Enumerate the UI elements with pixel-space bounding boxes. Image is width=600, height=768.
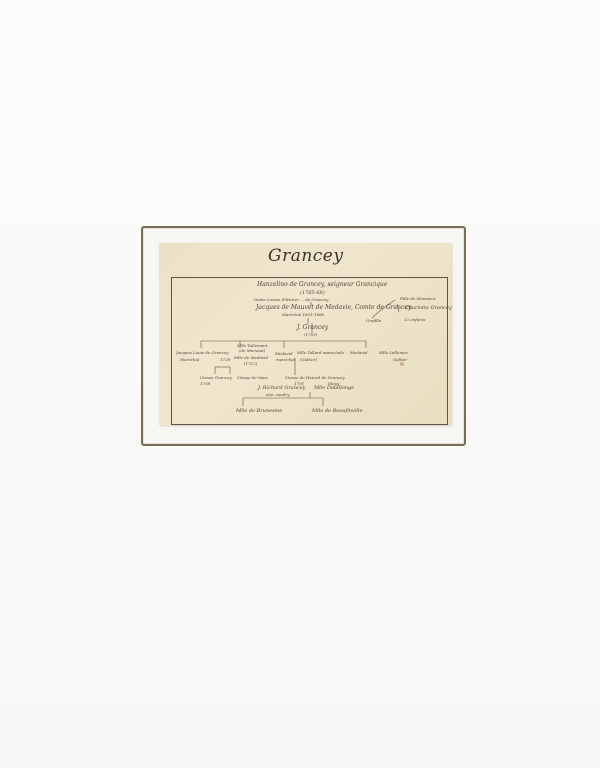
descendant-1: Mlle de Brunesme bbox=[236, 409, 282, 414]
grandchild-3: Ctesse de Heuvel de Grancey bbox=[285, 376, 345, 380]
third-generation: J. Grancey bbox=[297, 325, 328, 331]
document-title: Grancey bbox=[268, 246, 343, 266]
child-3: Medavid bbox=[275, 352, 293, 356]
right-branch-children: 13 enfants bbox=[404, 318, 425, 322]
root-ancestor: Hanzelino de Grancey, seigneur Grancique bbox=[257, 282, 387, 288]
right-branch-left: Grafille bbox=[366, 319, 381, 323]
second-generation: Jacques de Mauvet de Medavie, Comte de G… bbox=[256, 305, 411, 311]
root-ancestor-date: (1765-68) bbox=[300, 291, 325, 296]
child-5: Medavid bbox=[350, 351, 368, 355]
child-4: Mlle Tallard marechale bbox=[297, 351, 344, 355]
great-grandchild: J. Richard Grancey bbox=[258, 386, 306, 391]
grandchild-1: Ctesse Grancey bbox=[200, 376, 232, 380]
child-2-date: (1712) bbox=[244, 362, 257, 366]
third-generation-date: (1709) bbox=[304, 333, 317, 337]
child-2-top-subtitle: (de Marsaut) bbox=[239, 349, 265, 353]
second-generation-subtitle: Maréchal 1651-1680 bbox=[282, 313, 324, 317]
right-branch-top: Fille de Monsieur bbox=[400, 297, 436, 301]
child-6: Mlle Lalhimes bbox=[379, 351, 408, 355]
right-branch-name: Charlotte Grancey bbox=[405, 306, 452, 311]
child-1-subtitle: Maréchal bbox=[180, 358, 199, 362]
descendant-2: Mlle de Beaufinville bbox=[312, 409, 363, 414]
great-grandchild-spouse: Mlle Dabillonge bbox=[314, 386, 354, 391]
grandchild-1-date: 1758 bbox=[200, 382, 210, 386]
great-grandchild-subtitle: sép. caudry bbox=[266, 393, 289, 397]
child-1-date: 1728 bbox=[220, 358, 230, 362]
child-2: Mlle de Medavid bbox=[234, 356, 268, 360]
child-1: Jacques Louis de Grancey bbox=[176, 351, 228, 355]
grandchild-2: Ctesse de Vaux bbox=[237, 376, 268, 380]
paper-stain bbox=[400, 362, 404, 366]
second-generation-note: Dame Louise d'Hozier ... de Grancey bbox=[254, 298, 328, 302]
child-3-subtitle: maréchal bbox=[276, 358, 295, 362]
child-4-subtitle: (Galtier) bbox=[300, 358, 317, 362]
